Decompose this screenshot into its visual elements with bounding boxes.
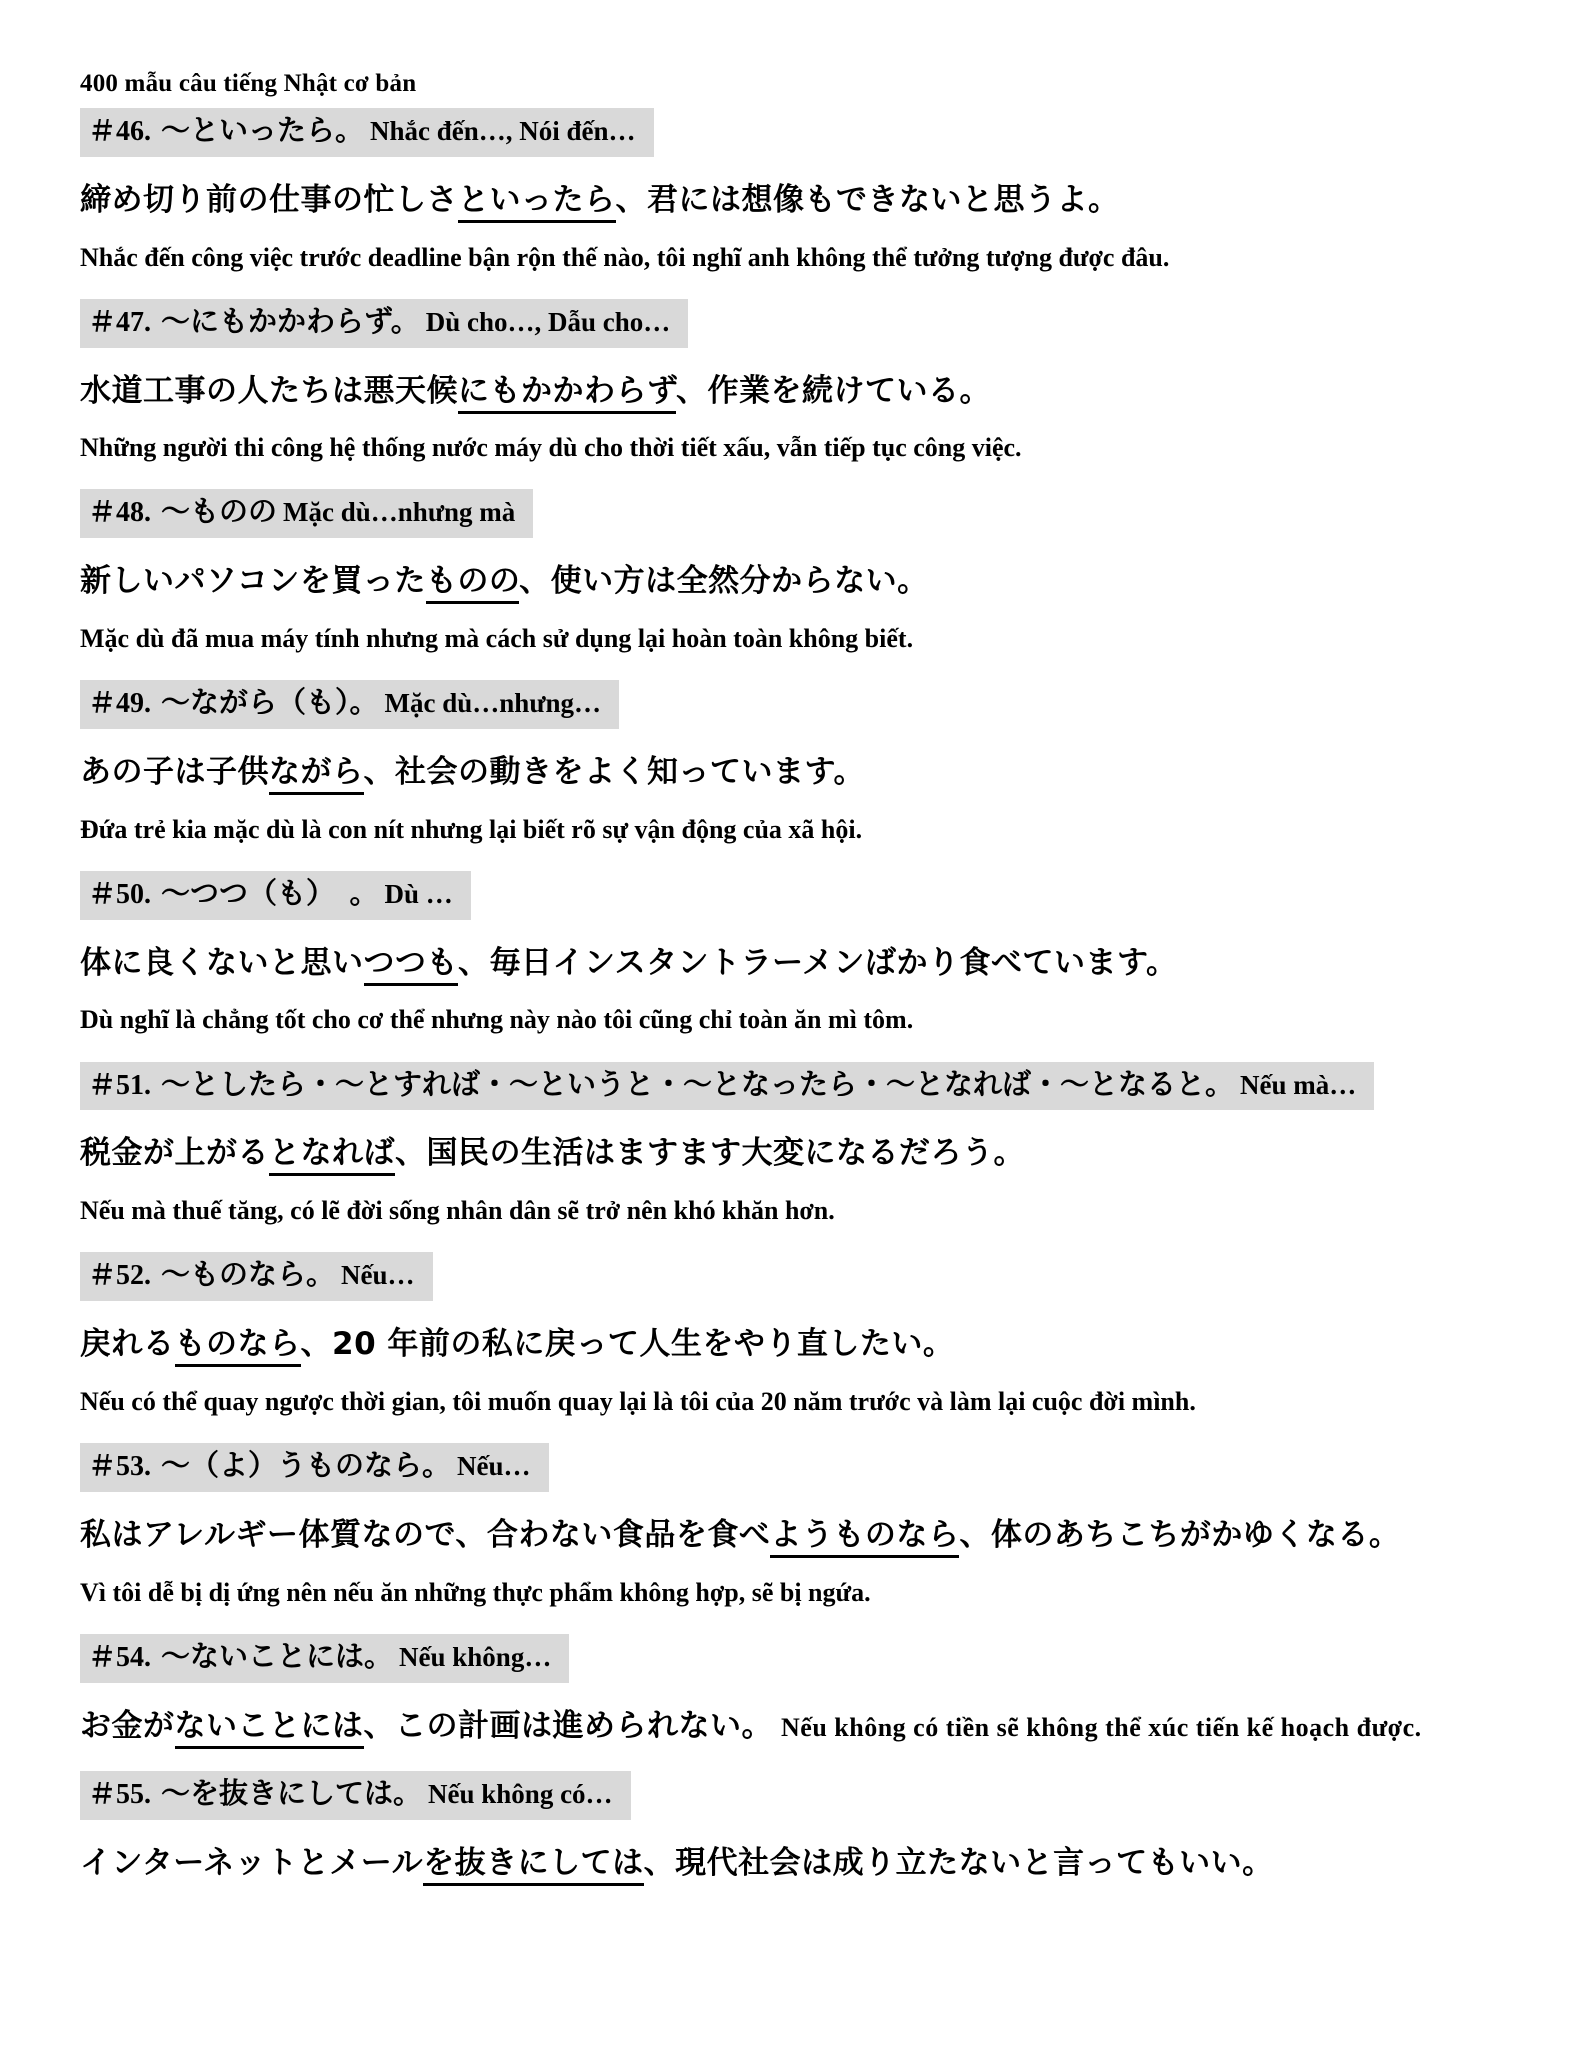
jp-example-sentence: あの子は子供ながら、社会の動きをよく知っています。 (80, 753, 1543, 792)
jp-text-pre: お金が (80, 1708, 175, 1744)
grammar-entry-52: ＃52.～ものなら。Nếu… 戻れるものなら、20 年前の私に戻って人生をやり直… (80, 1252, 1543, 1417)
entry-meaning-vn: Mặc dù…nhưng mà (283, 497, 515, 527)
entry-number: ＃49. (88, 688, 151, 719)
grammar-entry-55: ＃55.～を抜きにしては。Nếu không có… インターネットとメールを抜… (80, 1771, 1543, 1883)
entry-number: ＃48. (88, 497, 151, 528)
jp-grammar-underlined: ようものなら (770, 1517, 959, 1558)
vn-translation: Những người thi công hệ thống nước máy d… (80, 432, 1543, 463)
entry-pattern-jp: ～といったら。 (161, 113, 364, 147)
entry-heading: ＃49.～ながら（も）。Mặc dù…nhưng… (80, 680, 619, 729)
jp-example-sentence: 体に良くないと思いつつも、毎日インスタントラーメンばかり食べています。 (80, 944, 1543, 983)
entry-number: ＃52. (88, 1260, 151, 1291)
entry-number: ＃53. (88, 1451, 151, 1482)
jp-example-sentence: 私はアレルギー体質なので、合わない食品を食べようものなら、体のあちこちがかゆくな… (80, 1516, 1543, 1555)
entry-meaning-vn: Dù cho…, Dẫu cho… (426, 307, 671, 337)
jp-text-pre: 戻れる (80, 1326, 175, 1362)
jp-grammar-underlined: となれば (269, 1135, 395, 1176)
entry-number: ＃54. (88, 1642, 151, 1673)
jp-text-pre: インターネットとメール (80, 1845, 423, 1881)
grammar-entry-48: ＃48.～もののMặc dù…nhưng mà 新しいパソコンを買ったものの、使… (80, 489, 1543, 654)
entry-meaning-vn: Dù … (385, 879, 453, 909)
entry-meaning-vn: Nếu… (457, 1451, 531, 1481)
jp-text-post: 、君には想像もできないと思うよ。 (616, 182, 1120, 218)
entry-number: ＃55. (88, 1779, 151, 1810)
entry-heading: ＃46.～といったら。Nhắc đến…, Nói đến… (80, 108, 654, 157)
jp-grammar-underlined: ものなら (175, 1326, 301, 1367)
entry-heading: ＃54.～ないことには。Nếu không… (80, 1634, 569, 1683)
vn-translation-inline: Nếu không có tiền sẽ không thể xúc tiến … (781, 1713, 1422, 1742)
jp-text-pre: 私はアレルギー体質なので、合わない食品を食べ (80, 1517, 770, 1553)
jp-grammar-underlined: を抜きにしては (423, 1845, 644, 1886)
jp-text-pre: 新しいパソコンを買った (80, 563, 426, 599)
entry-heading: ＃52.～ものなら。Nếu… (80, 1252, 433, 1301)
jp-text-post: 、使い方は全然分からない。 (519, 563, 929, 599)
jp-text-post: 、この計画は進められない。 (364, 1708, 774, 1744)
vn-translation: Đứa trẻ kia mặc dù là con nít nhưng lại … (80, 814, 1543, 845)
entry-pattern-jp: ～ものなら。 (161, 1257, 335, 1291)
grammar-entry-51: ＃51.～としたら・～とすれば・～というと・～となったら・～となれば・～となると… (80, 1062, 1543, 1227)
entry-pattern-jp: ～ないことには。 (161, 1639, 393, 1673)
entry-heading: ＃50.～つつ（も） 。Dù … (80, 871, 471, 920)
vn-translation: Nếu mà thuế tăng, có lẽ đời sống nhân dâ… (80, 1195, 1543, 1226)
jp-text-pre: 体に良くないと思い (80, 945, 364, 981)
grammar-entry-46: ＃46.～といったら。Nhắc đến…, Nói đến… 締め切り前の仕事の… (80, 108, 1543, 273)
jp-text-post: 、作業を続けている。 (676, 373, 991, 409)
jp-text-post: 、社会の動きをよく知っています。 (364, 754, 866, 790)
entry-meaning-vn: Mặc dù…nhưng… (385, 688, 602, 718)
jp-grammar-underlined: にもかかわらず (458, 373, 676, 414)
jp-text-post: 、毎日インスタントラーメンばかり食べています。 (458, 945, 1178, 981)
jp-text-pre: 税金が上がる (80, 1135, 269, 1171)
entry-heading: ＃55.～を抜きにしては。Nếu không có… (80, 1771, 631, 1820)
jp-text-post: 、現代社会は成り立たないと言ってもいい。 (644, 1845, 1274, 1881)
jp-text-pre: あの子は子供 (80, 754, 269, 790)
jp-text-post: 、国民の生活はますます大変になるだろう。 (395, 1135, 1025, 1171)
entry-number: ＃47. (88, 307, 151, 338)
jp-grammar-underlined: ながら (269, 754, 364, 795)
vn-translation: Mặc dù đã mua máy tính nhưng mà cách sử … (80, 623, 1543, 654)
vn-translation: Dù nghĩ là chẳng tốt cho cơ thể nhưng nà… (80, 1004, 1543, 1035)
entry-pattern-jp: ～ながら（も）。 (161, 685, 379, 719)
jp-example-sentence: 締め切り前の仕事の忙しさといったら、君には想像もできないと思うよ。 (80, 181, 1543, 220)
entry-pattern-jp: ～を抜きにしては。 (161, 1776, 422, 1810)
jp-grammar-underlined: といったら (458, 182, 616, 223)
entry-number: ＃50. (88, 879, 151, 910)
grammar-entry-53: ＃53.～（よ）うものなら。Nếu… 私はアレルギー体質なので、合わない食品を食… (80, 1443, 1543, 1608)
jp-example-sentence: 税金が上がるとなれば、国民の生活はますます大変になるだろう。 (80, 1134, 1543, 1173)
entry-pattern-jp: ～つつ（も） 。 (161, 876, 379, 910)
jp-example-sentence: 水道工事の人たちは悪天候にもかかわらず、作業を続けている。 (80, 372, 1543, 411)
entry-pattern-jp: ～にもかかわらず。 (161, 304, 420, 338)
jp-example-sentence: インターネットとメールを抜きにしては、現代社会は成り立たないと言ってもいい。 (80, 1844, 1543, 1883)
entry-heading: ＃48.～もののMặc dù…nhưng mà (80, 489, 533, 538)
jp-example-sentence: お金がないことには、この計画は進められない。Nếu không có tiền … (80, 1707, 1543, 1746)
vn-translation: Vì tôi dễ bị dị ứng nên nếu ăn những thự… (80, 1577, 1543, 1608)
jp-grammar-underlined: ものの (426, 563, 519, 604)
jp-grammar-underlined: ないことには (175, 1708, 364, 1749)
vn-translation: Nhắc đến công việc trước deadline bận rộ… (80, 242, 1543, 273)
entry-number: ＃51. (88, 1070, 151, 1101)
grammar-entry-54: ＃54.～ないことには。Nếu không… お金がないことには、この計画は進め… (80, 1634, 1543, 1746)
entry-pattern-jp: ～としたら・～とすれば・～というと・～となったら・～となれば・～となると。 (161, 1067, 1234, 1101)
entry-number: ＃46. (88, 116, 151, 147)
page-title: 400 mẫu câu tiếng Nhật cơ bản (80, 70, 1543, 98)
entry-meaning-vn: Nếu mà… (1240, 1070, 1356, 1100)
jp-text-post: 、体のあちこちがかゆくなる。 (959, 1517, 1400, 1553)
jp-text-pre: 締め切り前の仕事の忙しさ (80, 182, 458, 218)
entry-meaning-vn: Nếu không có… (428, 1779, 613, 1809)
vn-translation: Nếu có thể quay ngược thời gian, tôi muố… (80, 1386, 1543, 1417)
entry-meaning-vn: Nếu không… (399, 1642, 551, 1672)
jp-example-sentence: 新しいパソコンを買ったものの、使い方は全然分からない。 (80, 562, 1543, 601)
jp-text-pre: 水道工事の人たちは悪天候 (80, 373, 458, 409)
jp-text-post: 、20 年前の私に戻って人生をやり直したい。 (301, 1326, 955, 1362)
entry-heading: ＃51.～としたら・～とすれば・～というと・～となったら・～となれば・～となると… (80, 1062, 1374, 1111)
jp-grammar-underlined: つつも (364, 945, 459, 986)
entry-heading: ＃47.～にもかかわらず。Dù cho…, Dẫu cho… (80, 299, 688, 348)
entry-meaning-vn: Nếu… (341, 1260, 415, 1290)
entry-meaning-vn: Nhắc đến…, Nói đến… (370, 116, 636, 146)
jp-example-sentence: 戻れるものなら、20 年前の私に戻って人生をやり直したい。 (80, 1325, 1543, 1364)
entry-pattern-jp: ～ものの (161, 494, 277, 528)
grammar-entry-49: ＃49.～ながら（も）。Mặc dù…nhưng… あの子は子供ながら、社会の動… (80, 680, 1543, 845)
entry-pattern-jp: ～（よ）うものなら。 (161, 1448, 451, 1482)
grammar-entry-50: ＃50.～つつ（も） 。Dù … 体に良くないと思いつつも、毎日インスタントラー… (80, 871, 1543, 1036)
entry-heading: ＃53.～（よ）うものなら。Nếu… (80, 1443, 549, 1492)
grammar-entry-47: ＃47.～にもかかわらず。Dù cho…, Dẫu cho… 水道工事の人たちは… (80, 299, 1543, 464)
